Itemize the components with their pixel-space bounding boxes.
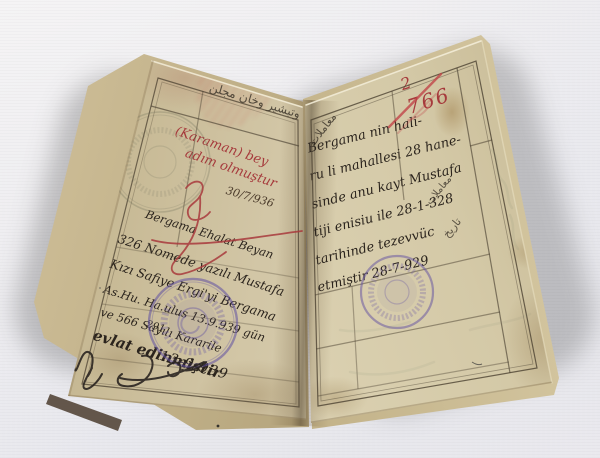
photo-surface: وتبشير وخان مجلن (Karaman) bey adım olmu… <box>0 0 600 458</box>
gutter-shadow <box>270 99 339 427</box>
